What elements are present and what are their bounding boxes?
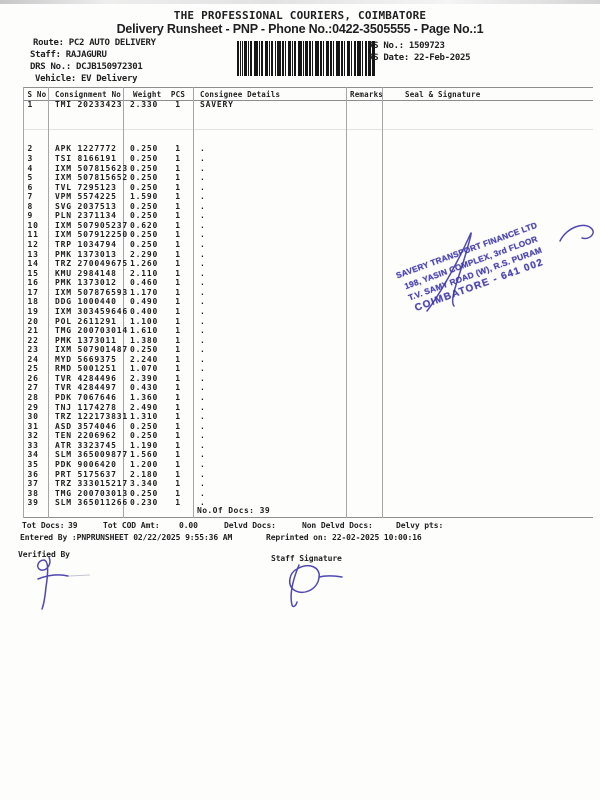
cell-consignment-no: IXM 507876593 [48, 288, 123, 298]
cell-seal-signature [382, 355, 595, 365]
cell-sno: 21 [23, 326, 48, 336]
cell-sno: 13 [23, 250, 48, 260]
cell-sno: 32 [23, 431, 48, 441]
cell-consignment-no: APK 1227772 [48, 144, 123, 154]
cell-remarks [346, 431, 382, 441]
tot-docs-label: Tot Docs: [22, 521, 64, 530]
cell-weight: 1.590 [123, 192, 163, 202]
cell-weight: 0.250 [123, 173, 163, 183]
cell-consignee: . [193, 336, 346, 346]
cell-consignment-no: PDK 7067646 [48, 393, 123, 403]
cell-seal-signature [382, 403, 595, 413]
cell-seal-signature [382, 183, 595, 193]
cell-remarks [346, 259, 382, 269]
non-delvd-docs-label: Non Delvd Docs: [302, 521, 373, 530]
cell-remarks [346, 250, 382, 260]
staff-signature-tail [319, 576, 342, 577]
cell-consignment-no: IXM 507901487 [48, 345, 123, 355]
cell-pcs: 1 [163, 498, 193, 508]
cell-consignment-no: IXM 303459646 [48, 307, 123, 317]
vehicle-value: EV Delivery [81, 74, 137, 84]
cell-consignment-no: VPM 5574225 [48, 192, 123, 202]
cell-sno: 3 [23, 154, 48, 164]
cell-consignee: . [193, 470, 346, 480]
cell-weight: 2.390 [123, 374, 163, 384]
cell-consignee: . [193, 278, 346, 288]
cell-pcs: 1 [163, 336, 193, 346]
table-row: 6TVL 72951230.2501. [23, 183, 595, 193]
cell-consignee: . [193, 412, 346, 422]
cell-consignee: . [193, 441, 346, 451]
cell-consignee: . [193, 288, 346, 298]
cell-sno: 5 [23, 173, 48, 183]
cell-pcs: 1 [163, 269, 193, 279]
cell-weight: 0.460 [123, 278, 163, 288]
cell-pcs: 1 [163, 345, 193, 355]
cell-consignee: . [193, 374, 346, 384]
cell-consignee: . [193, 317, 346, 327]
table-row: 7VPM 55742251.5901. [23, 192, 595, 202]
cell-remarks [346, 441, 382, 451]
cell-sno: 38 [23, 489, 48, 499]
table-row: 25RMD 50012511.0701. [23, 364, 595, 374]
cell-remarks [346, 403, 382, 413]
cell-weight: 2.290 [123, 250, 163, 260]
cell-consignee: . [193, 383, 346, 393]
route-value: PC2 AUTO DELIVERY [69, 38, 156, 48]
cell-seal-signature [382, 422, 595, 432]
cell-pcs: 1 [163, 240, 193, 250]
cell-consignment-no: PMK 1373012 [48, 278, 123, 288]
cell-weight: 1.190 [123, 441, 163, 451]
cell-consignee: . [193, 250, 346, 260]
cell-remarks [346, 221, 382, 231]
table-row: 18DDG 10004400.4901. [23, 297, 595, 307]
cell-pcs: 1 [163, 144, 193, 154]
cell-weight: 1.200 [123, 460, 163, 470]
cell-weight: 0.250 [123, 183, 163, 193]
cell-sno: 14 [23, 259, 48, 269]
cell-consignment-no: TMG 200703013 [48, 489, 123, 499]
cell-seal-signature [382, 336, 595, 346]
cell-consignee: . [193, 144, 346, 154]
cell-pcs: 1 [163, 230, 193, 240]
cell-pcs: 1 [163, 450, 193, 460]
cell-sno: 30 [23, 412, 48, 422]
table-row: 33ATR 33237451.1901. [23, 441, 595, 451]
cell-weight: 0.250 [123, 202, 163, 212]
cell-weight: 0.250 [123, 211, 163, 221]
cell-pcs: 1 [163, 100, 193, 144]
col-header-remarks: Remarks [346, 90, 382, 99]
rs-date-line: RS Date:22-Feb-2025 [368, 53, 470, 63]
cell-weight: 0.250 [123, 154, 163, 164]
cell-remarks [346, 183, 382, 193]
cell-remarks [346, 192, 382, 202]
cell-consignee: . [193, 364, 346, 374]
cell-sno: 33 [23, 441, 48, 451]
cell-weight: 1.260 [123, 259, 163, 269]
cell-weight: 3.340 [123, 479, 163, 489]
cell-sno: 17 [23, 288, 48, 298]
staff-value: RAJAGURU [66, 50, 107, 60]
col-header-pcs: PCS [163, 90, 193, 99]
cell-consignee: . [193, 192, 346, 202]
drs-no-value: DCJB150972301 [76, 62, 143, 72]
cell-consignment-no: PLN 2371134 [48, 211, 123, 221]
verified-by-signature [38, 557, 50, 609]
table-row: 8SVG 20375130.2501. [23, 202, 595, 212]
reprinted-on: Reprinted on: 22-02-2025 10:00:16 [266, 533, 422, 542]
cell-pcs: 1 [163, 154, 193, 164]
cell-pcs: 1 [163, 470, 193, 480]
verified-by-label: Verified By [18, 550, 70, 559]
cell-sno: 26 [23, 374, 48, 384]
cell-pcs: 1 [163, 326, 193, 336]
cell-seal-signature [382, 479, 595, 489]
cell-consignment-no: DDG 1000440 [48, 297, 123, 307]
cell-consignment-no: RMD 5001251 [48, 364, 123, 374]
cell-sno: 18 [23, 297, 48, 307]
cell-consignment-no: TMI 20233423 [48, 100, 123, 144]
cell-consignment-no: ATR 3323745 [48, 441, 123, 451]
cell-consignment-no: TVR 4284496 [48, 374, 123, 384]
cell-weight: 0.250 [123, 431, 163, 441]
cell-weight: 2.180 [123, 470, 163, 480]
cell-consignment-no: TRZ 122173831 [48, 412, 123, 422]
cell-pcs: 1 [163, 278, 193, 288]
vehicle-line: Vehicle:EV Delivery [35, 74, 137, 84]
cell-weight: 1.310 [123, 412, 163, 422]
cell-weight: 0.250 [123, 144, 163, 154]
cell-seal-signature [382, 100, 595, 144]
cell-sno: 39 [23, 498, 48, 508]
cell-pcs: 1 [163, 211, 193, 221]
cell-seal-signature [382, 489, 595, 499]
cell-consignment-no: TRZ 333015217 [48, 479, 123, 489]
cell-pcs: 1 [163, 297, 193, 307]
drs-no-label: DRS No.: [30, 62, 71, 72]
table-row: 5IXM 5078156520.2501. [23, 173, 595, 183]
cell-weight: 2.330 [123, 100, 163, 144]
delivery-runsheet-document: THE PROFESSIONAL COURIERS, COIMBATORE De… [0, 0, 600, 800]
cell-seal-signature [382, 383, 595, 393]
cell-sno: 24 [23, 355, 48, 365]
cell-consignment-no: KMU 2984148 [48, 269, 123, 279]
cell-sno: 11 [23, 230, 48, 240]
cell-seal-signature [382, 393, 595, 403]
table-row: 22PMK 13730111.3801. [23, 336, 595, 346]
cell-pcs: 1 [163, 164, 193, 174]
cell-sno: 31 [23, 422, 48, 432]
cell-sno: 16 [23, 278, 48, 288]
col-header-seal-signature: Seal & Signature [382, 90, 595, 99]
table-row: 2APK 12277720.2501. [23, 144, 595, 154]
cell-sno: 25 [23, 364, 48, 374]
table-row: 17IXM 5078765931.1701. [23, 288, 595, 298]
cell-seal-signature [382, 326, 595, 336]
table-row: 28PDK 70676461.3601. [23, 393, 595, 403]
cell-remarks [346, 164, 382, 174]
cell-consignee: . [193, 259, 346, 269]
tot-cod-value: 0.00 [179, 521, 198, 530]
cell-remarks [346, 498, 382, 508]
cell-pcs: 1 [163, 412, 193, 422]
cell-pcs: 1 [163, 479, 193, 489]
cell-pcs: 1 [163, 288, 193, 298]
cell-pcs: 1 [163, 259, 193, 269]
rs-no-line: RS No.:1509723 [368, 41, 445, 51]
cell-consignment-no: POL 2611291 [48, 317, 123, 327]
cell-consignee: . [193, 489, 346, 499]
cell-weight: 0.250 [123, 164, 163, 174]
table-row: 26TVR 42844962.3901. [23, 374, 595, 384]
cell-remarks [346, 240, 382, 250]
vehicle-label: Vehicle: [35, 74, 76, 84]
cell-consignment-no: MYD 5669375 [48, 355, 123, 365]
cell-seal-signature [382, 412, 595, 422]
cell-pcs: 1 [163, 173, 193, 183]
cell-remarks [346, 412, 382, 422]
cell-sno: 2 [23, 144, 48, 154]
cell-remarks [346, 383, 382, 393]
cell-consignee: . [193, 403, 346, 413]
cell-consignment-no: PMK 1373011 [48, 336, 123, 346]
barcode [237, 41, 375, 76]
cell-weight: 1.360 [123, 393, 163, 403]
cell-consignment-no: TVR 4284497 [48, 383, 123, 393]
cell-remarks [346, 144, 382, 154]
cell-weight: 2.110 [123, 269, 163, 279]
cell-consignee: . [193, 230, 346, 240]
cell-remarks [346, 211, 382, 221]
cell-seal-signature [382, 374, 595, 384]
cell-seal-signature [382, 460, 595, 470]
cell-weight: 1.560 [123, 450, 163, 460]
table-row: 20POL 26112911.1001. [23, 317, 595, 327]
cell-weight: 1.380 [123, 336, 163, 346]
cell-consignee: . [193, 211, 346, 221]
cell-pcs: 1 [163, 403, 193, 413]
cell-sno: 8 [23, 202, 48, 212]
cell-seal-signature [382, 164, 595, 174]
cell-seal-signature [382, 498, 595, 508]
table-row: 9PLN 23711340.2501. [23, 211, 595, 221]
cell-consignee: . [193, 183, 346, 193]
cell-consignment-no: SLM 365009877 [48, 450, 123, 460]
cell-weight: 1.170 [123, 288, 163, 298]
col-header-consignee-details: Consignee Details [193, 90, 346, 99]
staff-signature-stroke [291, 565, 299, 606]
cell-sno: 27 [23, 383, 48, 393]
cell-sno: 23 [23, 345, 48, 355]
cell-weight: 2.240 [123, 355, 163, 365]
tot-cod-label: Tot COD Amt: [103, 521, 160, 530]
table-body: 1TMI 202334232.3301SAVERY2APK 12277720.2… [23, 100, 595, 508]
cell-sno: 15 [23, 269, 48, 279]
cell-sno: 4 [23, 164, 48, 174]
cell-consignee: . [193, 422, 346, 432]
cell-pcs: 1 [163, 393, 193, 403]
cell-seal-signature [382, 144, 595, 154]
cell-sno: 29 [23, 403, 48, 413]
cell-sno: 22 [23, 336, 48, 346]
table-row: 30TRZ 1221738311.3101. [23, 412, 595, 422]
cell-consignment-no: TRZ 270049675 [48, 259, 123, 269]
table-row: 3TSI 81661910.2501. [23, 154, 595, 164]
cell-pcs: 1 [163, 431, 193, 441]
cell-pcs: 1 [163, 422, 193, 432]
consignment-table: S No Consignment No Weight PCS Consignee… [23, 87, 595, 518]
cell-weight: 0.230 [123, 498, 163, 508]
cell-sno: 36 [23, 470, 48, 480]
cell-weight: 0.620 [123, 221, 163, 231]
cell-remarks [346, 345, 382, 355]
no-of-docs: No.Of Docs: 39 [197, 506, 270, 515]
staff-line: Staff:RAJAGURU [30, 50, 107, 60]
cell-consignee: . [193, 326, 346, 336]
cell-weight: 0.430 [123, 383, 163, 393]
cell-consignment-no: TEN 2206962 [48, 431, 123, 441]
verified-by-signature-cross [38, 575, 68, 579]
cell-remarks [346, 202, 382, 212]
cell-remarks [346, 450, 382, 460]
table-row: 35PDK 90064201.2001. [23, 460, 595, 470]
table-row: 19IXM 3034596460.4001. [23, 307, 595, 317]
rs-no-value: 1509723 [409, 41, 445, 51]
cell-seal-signature [382, 317, 595, 327]
cell-sno: 9 [23, 211, 48, 221]
cell-remarks [346, 326, 382, 336]
tot-docs-value: 39 [68, 521, 77, 530]
cell-consignee: . [193, 154, 346, 164]
cell-consignment-no: TSI 8166191 [48, 154, 123, 164]
rs-no-label: RS No.: [368, 41, 404, 51]
company-title: THE PROFESSIONAL COURIERS, COIMBATORE [0, 9, 600, 22]
cell-consignment-no: TMG 200703014 [48, 326, 123, 336]
col-header-weight: Weight [123, 90, 163, 99]
cell-weight: 0.250 [123, 240, 163, 250]
table-row: 38TMG 2007030130.2501. [23, 489, 595, 499]
cell-remarks [346, 393, 382, 403]
cell-sno: 37 [23, 479, 48, 489]
cell-remarks [346, 230, 382, 240]
cell-consignment-no: IXM 507905237 [48, 221, 123, 231]
col-header-sno: S No [23, 90, 48, 99]
cell-pcs: 1 [163, 364, 193, 374]
cell-pcs: 1 [163, 460, 193, 470]
cell-consignee: . [193, 460, 346, 470]
cell-weight: 0.250 [123, 345, 163, 355]
cell-weight: 0.490 [123, 297, 163, 307]
cell-seal-signature [382, 431, 595, 441]
cell-sno: 1 [23, 100, 48, 144]
cell-consignment-no: TRP 1034794 [48, 240, 123, 250]
cell-weight: 2.490 [123, 403, 163, 413]
cell-sno: 10 [23, 221, 48, 231]
cell-weight: 0.250 [123, 422, 163, 432]
staff-signature-loop [290, 566, 319, 593]
table-row: 24MYD 56693752.2401. [23, 355, 595, 365]
cell-consignment-no: SLM 365011266 [48, 498, 123, 508]
cell-sno: 12 [23, 240, 48, 250]
table-top-border [23, 87, 593, 88]
cell-consignee: . [193, 240, 346, 250]
cell-sno: 6 [23, 183, 48, 193]
cell-consignment-no: TNJ 1174278 [48, 403, 123, 413]
entered-by: Entered By :PNPRUNSHEET 02/22/2025 9:55:… [20, 533, 232, 542]
cell-pcs: 1 [163, 383, 193, 393]
table-bottom-border [23, 517, 593, 518]
cell-consignee: . [193, 431, 346, 441]
table-row: 36PRT 51756372.1801. [23, 470, 595, 480]
cell-consignment-no: IXM 507912250 [48, 230, 123, 240]
cell-pcs: 1 [163, 192, 193, 202]
cell-consignee: . [193, 164, 346, 174]
cell-sno: 34 [23, 450, 48, 460]
col-header-consignment-no: Consignment No [48, 90, 123, 99]
table-row: 23IXM 5079014870.2501. [23, 345, 595, 355]
cell-weight: 1.070 [123, 364, 163, 374]
table-row: 29TNJ 11742782.4901. [23, 403, 595, 413]
cell-consignment-no: SVG 2037513 [48, 202, 123, 212]
rs-date-value: 22-Feb-2025 [414, 53, 470, 63]
table-row: 21TMG 2007030141.6101. [23, 326, 595, 336]
cell-sno: 20 [23, 317, 48, 327]
rs-date-label: RS Date: [368, 53, 409, 63]
cell-remarks [346, 374, 382, 384]
cell-weight: 0.250 [123, 230, 163, 240]
cell-consignee: . [193, 269, 346, 279]
cell-sno: 19 [23, 307, 48, 317]
cell-remarks [346, 154, 382, 164]
cell-remarks [346, 173, 382, 183]
drs-no-line: DRS No.:DCJB150972301 [30, 62, 143, 72]
cell-seal-signature [382, 192, 595, 202]
cell-pcs: 1 [163, 489, 193, 499]
scan-artifact-top [0, 0, 600, 4]
cell-sno: 28 [23, 393, 48, 403]
cell-remarks [346, 355, 382, 365]
cell-pcs: 1 [163, 374, 193, 384]
cell-consignment-no: TVL 7295123 [48, 183, 123, 193]
runsheet-subtitle: Delivery Runsheet - PNP - Phone No.:0422… [0, 22, 600, 36]
cell-sno: 7 [23, 192, 48, 202]
cell-consignment-no: PDK 9006420 [48, 460, 123, 470]
cell-remarks [346, 479, 382, 489]
cell-weight: 0.400 [123, 307, 163, 317]
cell-seal-signature [382, 364, 595, 374]
cell-consignee: . [193, 393, 346, 403]
table-row: 1TMI 202334232.3301SAVERY [23, 100, 595, 144]
cell-seal-signature [382, 173, 595, 183]
cell-weight: 1.610 [123, 326, 163, 336]
cell-remarks [346, 422, 382, 432]
cell-pcs: 1 [163, 183, 193, 193]
staff-signature-label: Staff Signature [271, 554, 342, 563]
cell-seal-signature [382, 345, 595, 355]
cell-consignment-no: ASD 3574046 [48, 422, 123, 432]
staff-label: Staff: [30, 50, 61, 60]
cell-remarks [346, 470, 382, 480]
cell-pcs: 1 [163, 221, 193, 231]
cell-seal-signature [382, 154, 595, 164]
table-row: 37TRZ 3330152173.3401. [23, 479, 595, 489]
cell-consignment-no: PRT 5175637 [48, 470, 123, 480]
table-row: 27TVR 42844970.4301. [23, 383, 595, 393]
cell-weight: 0.250 [123, 489, 163, 499]
cell-sno: 35 [23, 460, 48, 470]
